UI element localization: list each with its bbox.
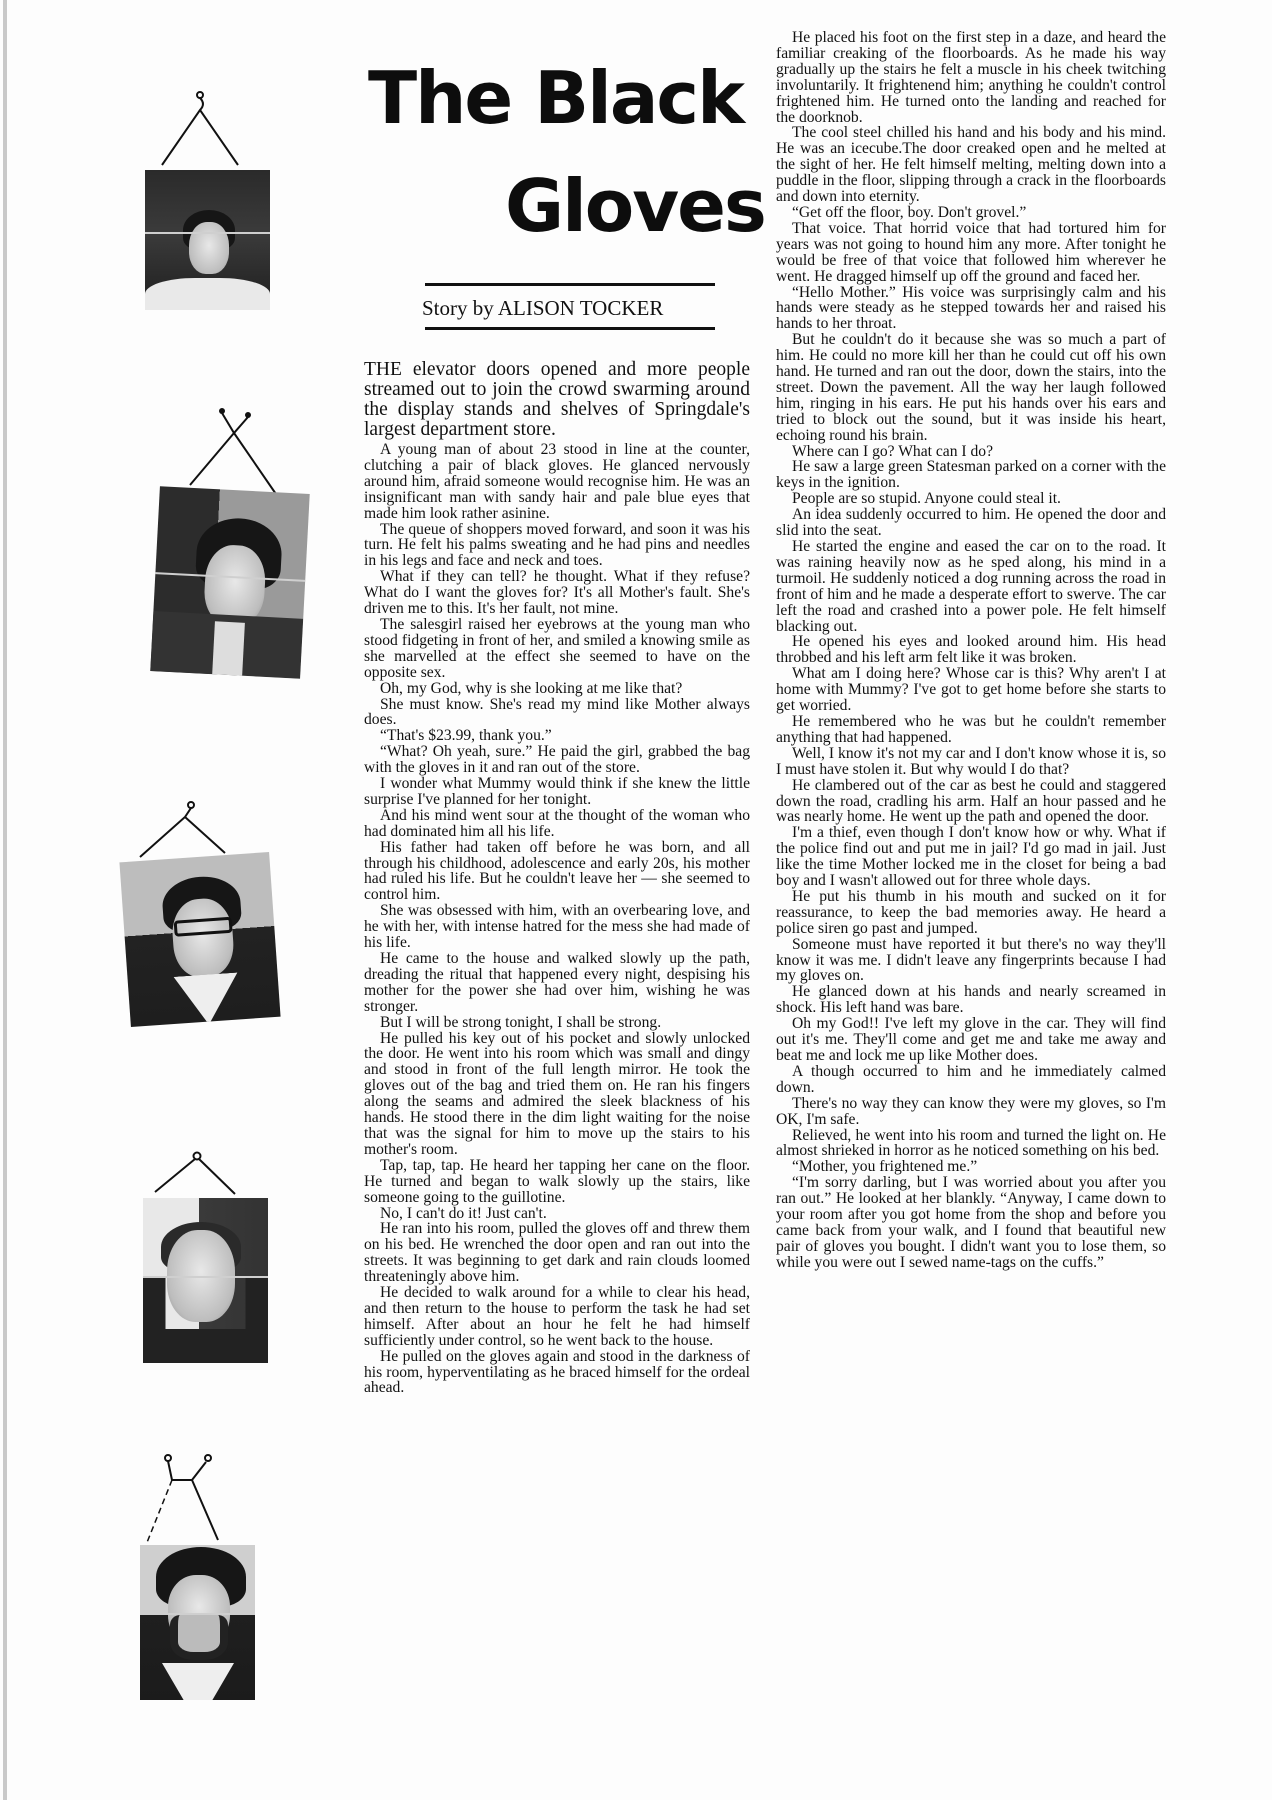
hanging-string-icon (130, 1450, 290, 1550)
portrait-photo-2 (150, 486, 309, 679)
story-paragraph: His father had taken off before he was b… (364, 840, 750, 904)
story-paragraph: No, I can't do it! Just can't. (364, 1206, 750, 1222)
story-paragraph: And his mind went sour at the thought of… (364, 808, 750, 840)
byline-rule-bottom (425, 327, 715, 330)
story-paragraph: Relieved, he went into his room and turn… (776, 1128, 1166, 1160)
story-paragraph: “I'm sorry darling, but I was worried ab… (776, 1175, 1166, 1270)
portrait-photo-3 (119, 852, 280, 1027)
story-paragraph: He ran into his room, pulled the gloves … (364, 1221, 750, 1285)
hanging-string-icon (140, 90, 280, 170)
story-paragraph: I wonder what Mummy would think if she k… (364, 776, 750, 808)
article-title-line-2: Gloves (505, 170, 765, 242)
story-paragraph: The salesgirl raised her eyebrows at the… (364, 617, 750, 681)
story-paragraph: He clambered out of the car as best he c… (776, 778, 1166, 826)
story-paragraph: “What? Oh yeah, sure.” He paid the girl,… (364, 744, 750, 776)
story-paragraph: He opened his eyes and looked around him… (776, 634, 1166, 666)
story-paragraph: “That's $23.99, thank you.” (364, 728, 750, 744)
portrait-photo-1 (145, 170, 270, 310)
byline-rule-top (425, 283, 715, 286)
story-paragraph: There's no way they can know they were m… (776, 1096, 1166, 1128)
story-paragraph: He started the engine and eased the car … (776, 539, 1166, 634)
story-paragraph: “Mother, you frightened me.” (776, 1159, 1166, 1175)
story-paragraph: A young man of about 23 stood in line at… (364, 442, 750, 522)
page-edge (3, 0, 7, 1800)
hanging-photo-1 (140, 90, 280, 320)
story-paragraph: He saw a large green Statesman parked on… (776, 459, 1166, 491)
story-paragraph: He pulled on the gloves again and stood … (364, 1349, 750, 1397)
story-paragraph: The queue of shoppers moved forward, and… (364, 522, 750, 570)
story-paragraph: The cool steel chilled his hand and his … (776, 125, 1166, 205)
byline: Story by ALISON TOCKER (422, 296, 722, 321)
hanging-photo-2 (130, 405, 310, 695)
story-paragraph: A though occurred to him and he immediat… (776, 1064, 1166, 1096)
hanging-photo-5 (130, 1450, 290, 1710)
story-paragraph: But he couldn't do it because she was so… (776, 332, 1166, 443)
story-paragraph: He came to the house and walked slowly u… (364, 951, 750, 1015)
story-paragraph: Oh, my God, why is she looking at me lik… (364, 681, 750, 697)
portrait-photo-4 (143, 1198, 268, 1363)
story-paragraph: “Hello Mother.” His voice was surprising… (776, 285, 1166, 333)
story-paragraph: An idea suddenly occurred to him. He ope… (776, 507, 1166, 539)
story-paragraph: She was obsessed with him, with an overb… (364, 903, 750, 951)
story-paragraph: He pulled his key out of his pocket and … (364, 1031, 750, 1158)
story-column-left: THE elevator doors opened and more peopl… (364, 360, 750, 1396)
hanging-photo-3 (105, 795, 295, 1040)
story-paragraph: What if they can tell? he thought. What … (364, 569, 750, 617)
story-paragraph: Tap, tap, tap. He heard her tapping her … (364, 1158, 750, 1206)
story-paragraph: Well, I know it's not my car and I don't… (776, 746, 1166, 778)
article-title-line-1: The Black (368, 62, 743, 134)
story-paragraph: Where can I go? What can I do? (776, 444, 1166, 460)
story-paragraph: He put his thumb in his mouth and sucked… (776, 889, 1166, 937)
story-paragraph: THE elevator doors opened and more peopl… (364, 360, 750, 440)
story-paragraph: He glanced down at his hands and nearly … (776, 984, 1166, 1016)
portrait-photo-5 (140, 1545, 255, 1700)
story-paragraph: That voice. That horrid voice that had t… (776, 221, 1166, 285)
story-paragraph: But I will be strong tonight, I shall be… (364, 1015, 750, 1031)
story-paragraph: Oh my God!! I've left my glove in the ca… (776, 1016, 1166, 1064)
hanging-photo-4 (125, 1150, 295, 1390)
story-paragraph: He remembered who he was but he couldn't… (776, 714, 1166, 746)
story-paragraph: “Get off the floor, boy. Don't grovel.” (776, 205, 1166, 221)
story-paragraph: I'm a thief, even though I don't know ho… (776, 825, 1166, 889)
story-paragraph: What am I doing here? Whose car is this?… (776, 666, 1166, 714)
story-column-right: He placed his foot on the first step in … (776, 30, 1166, 1271)
story-paragraph: She must know. She's read my mind like M… (364, 697, 750, 729)
story-paragraph: People are so stupid. Anyone could steal… (776, 491, 1166, 507)
story-paragraph: Someone must have reported it but there'… (776, 937, 1166, 985)
story-paragraph: He decided to walk around for a while to… (364, 1285, 750, 1349)
story-paragraph: He placed his foot on the first step in … (776, 30, 1166, 125)
